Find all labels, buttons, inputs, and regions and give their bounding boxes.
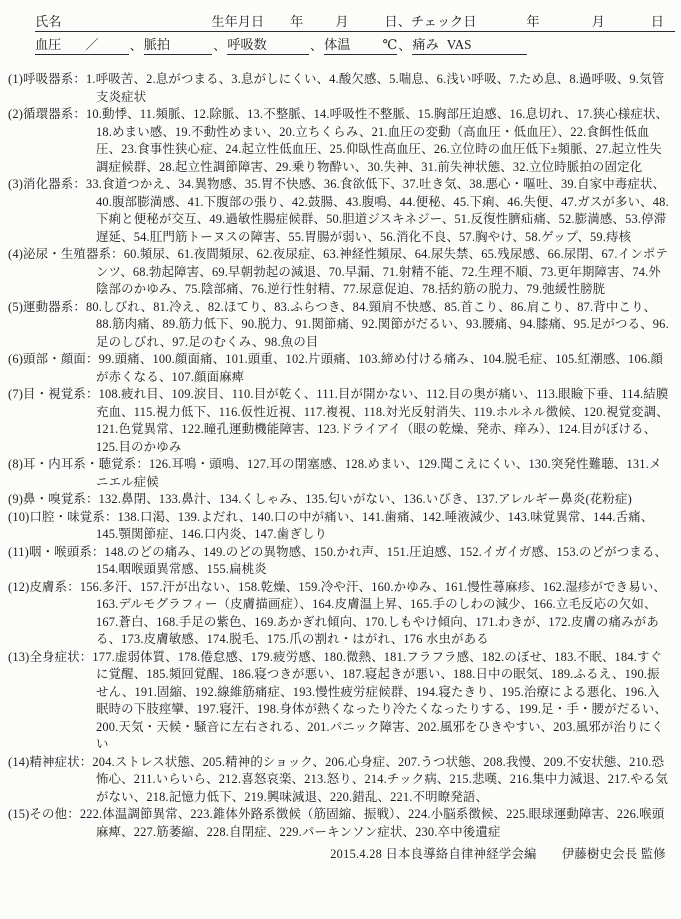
check-year-label: 年 [526,11,539,30]
symptom-checklist: (1)呼吸器系：1.呼吸苦、2.息がつまる、3.息がしにくい、4.酸欠感、5.喘… [8,71,672,841]
name-blank-field [61,29,211,30]
section-label: (5)運動器系： [8,300,86,314]
scanned-checklist-page: 氏名 生年月日 年 月 日 、 チェック日 年 月 日 血圧 ／ [0,0,681,919]
check-year-blank [476,29,526,30]
symptom-section-respiratory: (1)呼吸器系：1.呼吸苦、2.息がつまる、3.息がしにくい、4.酸欠感、5.喘… [8,71,672,106]
pulse-field: 脈拍 [144,34,212,55]
temperature-field: 体温 ℃ [324,34,397,55]
section-label: (6)頭部・顔面： [8,352,99,366]
symptom-section-head-face: (6)頭部・顔面：99.頭痛、100.顔面痛、101.頭重、102.片頭痛、10… [8,351,672,386]
bp-diastolic-blank [99,52,129,53]
section-label: (4)泌尿・生殖器系： [8,247,124,261]
check-month-blank [540,29,592,30]
section-label: (15)その他： [8,807,80,821]
check-month-label: 月 [592,11,605,30]
respiration-blank [267,52,309,53]
section-label: (8)耳・内耳系・聴覚系： [8,457,149,471]
section-items: 132.鼻閉、133.鼻汁、134.くしゃみ、135.匂いがない、136.いびき… [99,492,632,506]
temperature-label: 体温 [324,34,350,53]
symptom-section-eye-vision: (7)目・視覚系：108.疲れ目、109.涙目、110.目が乾く、111.目が開… [8,386,672,456]
respiration-label: 呼吸数 [227,34,267,53]
check-day-label: 日 [651,11,664,30]
check-day-blank [605,29,651,30]
symptom-section-psychiatric: (14)精神症状：204.ストレス状態、205.精神的ショック、206.心身症、… [8,754,672,807]
section-items: 204.ストレス状態、205.精神的ショック、206.心身症、207.うつ状態、… [92,755,668,804]
header-line-2: 血圧 ／ 、 脈拍 、 呼吸数 、 体温 ℃ 、 痛み [35,34,675,55]
symptom-section-urogenital: (4)泌尿・生殖器系：60.頻尿、61.夜間頻尿、62.夜尿症、63.神経性頻尿… [8,246,672,299]
birth-day-blank [349,29,385,30]
birth-month-blank [303,29,335,30]
section-items: 108.疲れ目、109.涙目、110.目が乾く、111.目が開かない、112.目… [96,387,669,454]
name-label: 氏名 [35,11,61,30]
symptom-section-ear-hearing: (8)耳・内耳系・聴覚系：126.耳鳴・頭鳴、127.耳の閉塞感、128.めまい… [8,456,672,491]
section-items: 222.体温調節異常、223.錐体外路系徴候（筋固縮、振戦）、224.小脳系徴候… [80,807,665,839]
pulse-label: 脈拍 [144,34,170,53]
day-label: 日 [385,11,398,30]
section-label: (14)精神症状： [8,755,92,769]
patient-info-header: 氏名 生年月日 年 月 日 、 チェック日 年 月 日 血圧 ／ [35,10,675,55]
section-label: (9)鼻・嗅覚系： [8,492,99,506]
section-items: 177.虚弱体質、178.倦怠感、179.疲労感、180.微熱、181.フラフラ… [92,650,667,752]
comma-separator: 、 [397,35,412,55]
check-date-label: チェック日 [411,11,477,30]
symptom-section-mouth-taste: (10)口腔・味覚系：138.口渇、139.よだれ、140.口の中が痛い、141… [8,509,672,544]
temperature-blank [350,52,382,53]
month-label: 月 [335,11,348,30]
section-label: (3)消化器系： [8,177,86,191]
section-items: 33.食道つかえ、34.異物感、35.胃不快感、36.食欲低下、37.吐き気、3… [86,177,669,244]
vas-blank [471,52,527,53]
celsius-unit: ℃ [382,37,397,53]
section-label: (11)咽・喉頭系： [8,545,105,559]
symptom-section-skin: (12)皮膚系：156.多汗、157.汗が出ない、158.乾燥、159.冷や汗、… [8,579,672,649]
header-line-1: 氏名 生年月日 年 月 日 、 チェック日 年 月 日 [35,10,675,32]
bp-slash: ／ [85,34,98,53]
section-items: 10.動悸、11.頻脈、12.除脈、13.不整脈、14.呼吸性不整脈、15.胸部… [86,107,668,174]
section-label: (7)目・視覚系： [8,387,99,401]
symptom-section-nose-smell: (9)鼻・嗅覚系：132.鼻閉、133.鼻汁、134.くしゃみ、135.匂いがな… [8,491,672,509]
pain-label: 痛み [412,34,438,53]
section-items: 148.のどの痛み、149.のどの異物感、150.かれ声、151.圧迫感、152… [96,545,667,577]
bp-label: 血圧 [35,34,61,53]
respiration-field: 呼吸数 [227,34,309,55]
section-items: 138.口渇、139.よだれ、140.口の中が痛い、141.歯痛、142.唾液減… [96,510,653,542]
vas-label: VAS [447,37,472,53]
comma-separator: 、 [212,35,227,55]
birth-year-blank [264,29,290,30]
publication-credit: 2015.4.28 日本良導絡自律神経学会編 伊藤樹史会長 監修 [8,844,672,862]
symptom-section-musculoskeletal: (5)運動器系：80.しびれ、81.冷え、82.ほてり、83.ふらつき、84.頸… [8,299,672,352]
section-label: (1)呼吸器系： [8,72,86,86]
symptom-section-other: (15)その他：222.体温調節異常、223.錐体外路系徴候（筋固縮、振戦）、2… [8,806,672,841]
section-items: 126.耳鳴・頭鳴、127.耳の閉塞感、128.めまい、129.聞こえにくい、1… [96,457,662,489]
section-label: (13)全身症状： [8,650,92,664]
comma-separator: 、 [129,35,144,55]
symptom-section-digestive: (3)消化器系：33.食道つかえ、34.異物感、35.胃不快感、36.食欲低下、… [8,176,672,246]
bp-systolic-blank [61,52,85,53]
section-label: (2)循環器系： [8,107,86,121]
symptom-section-systemic: (13)全身症状：177.虚弱体質、178.倦怠感、179.疲労感、180.微熱… [8,649,672,754]
symptom-section-throat-larynx: (11)咽・喉頭系：148.のどの痛み、149.のどの異物感、150.かれ声、1… [8,544,672,579]
pulse-blank [170,52,212,53]
section-items: 99.頭痛、100.顔面痛、101.頭重、102.片頭痛、103.締め付ける痛み… [96,352,663,384]
pain-vas-field: 痛み VAS [412,34,527,55]
year-label: 年 [290,11,303,30]
section-items: 80.しびれ、81.冷え、82.ほてり、83.ふらつき、84.頸肩不快感、85.… [86,300,669,349]
section-items: 1.呼吸苦、2.息がつまる、3.息がしにくい、4.酸欠感、5.喘息、6.浅い呼吸… [86,72,664,104]
section-label: (10)口腔・味覚系： [8,510,118,524]
section-items: 156.多汗、157.汗が出ない、158.乾燥、159.冷や汗、160.かゆみ、… [80,580,666,647]
comma-separator: 、 [309,35,324,55]
symptom-section-circulatory: (2)循環器系：10.動悸、11.頻脈、12.除脈、13.不整脈、14.呼吸性不… [8,106,672,176]
blood-pressure-field: 血圧 ／ [35,34,129,55]
section-label: (12)皮膚系： [8,580,80,594]
birthdate-label: 生年月日 [211,11,264,30]
section-items: 60.頻尿、61.夜間頻尿、62.夜尿症、63.神経性頻尿、64.尿失禁、65.… [96,247,668,296]
comma-separator: 、 [398,11,411,30]
